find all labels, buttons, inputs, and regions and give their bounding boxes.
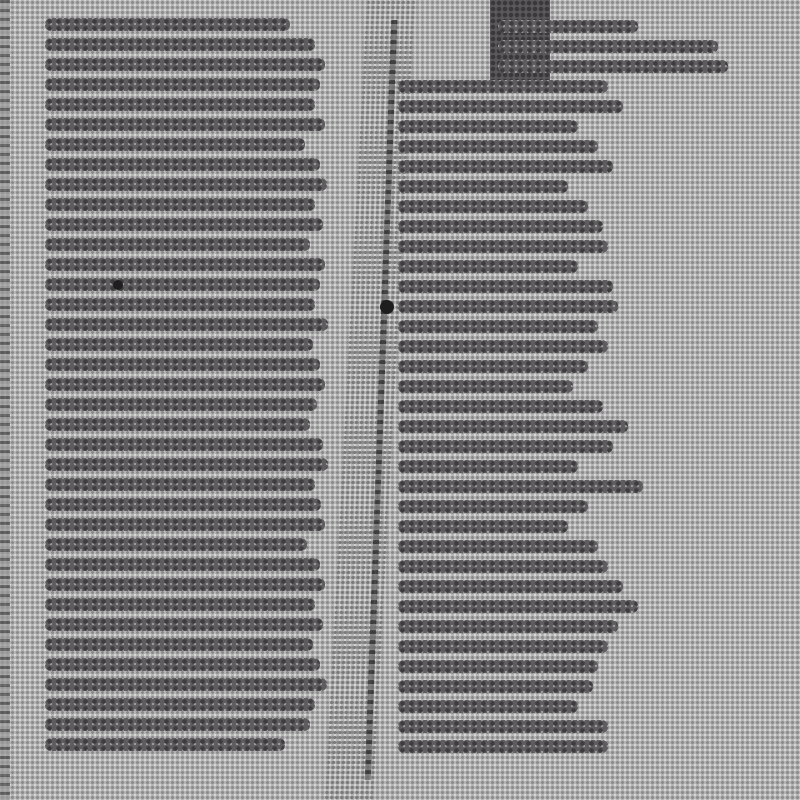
text-line (398, 200, 588, 213)
text-line (398, 420, 628, 433)
text-line (398, 600, 638, 613)
text-line (45, 738, 285, 751)
text-line (398, 240, 608, 253)
text-line (398, 540, 598, 553)
text-line (45, 658, 320, 671)
text-line (45, 18, 290, 31)
text-line (398, 500, 588, 513)
text-line (45, 698, 315, 711)
text-line (398, 520, 568, 533)
text-line (398, 440, 613, 453)
text-line (498, 40, 718, 53)
text-line (398, 680, 593, 693)
text-line (45, 618, 323, 631)
text-line (45, 558, 320, 571)
text-line (398, 560, 608, 573)
text-line (45, 318, 328, 331)
text-line (45, 198, 315, 211)
text-line (45, 218, 323, 231)
text-line (398, 220, 603, 233)
text-line (498, 60, 728, 73)
text-line (45, 238, 310, 251)
text-column-right (398, 0, 638, 760)
text-line (398, 640, 608, 653)
text-line (398, 100, 623, 113)
text-line (45, 118, 325, 131)
text-line (45, 478, 315, 491)
text-line (45, 258, 325, 271)
text-line (398, 400, 603, 413)
text-line (398, 80, 608, 93)
text-line (45, 538, 307, 551)
text-line (45, 578, 325, 591)
text-line (398, 160, 613, 173)
text-line (45, 38, 315, 51)
text-line (45, 338, 313, 351)
text-line (45, 418, 310, 431)
text-line (398, 740, 608, 753)
text-line (45, 438, 323, 451)
text-line (398, 360, 588, 373)
text-line (398, 300, 618, 313)
text-line (398, 120, 578, 133)
text-column-left (45, 0, 330, 758)
text-line (398, 380, 573, 393)
text-line (398, 620, 618, 633)
ink-spot (380, 300, 394, 314)
text-line (398, 180, 568, 193)
text-line (398, 260, 578, 273)
text-line (45, 298, 315, 311)
page-edge (0, 0, 10, 800)
text-line (398, 660, 598, 673)
text-line (398, 140, 598, 153)
text-line (45, 678, 327, 691)
text-line (45, 638, 313, 651)
text-line (45, 78, 320, 91)
text-line (398, 720, 608, 733)
text-line (45, 498, 321, 511)
text-line (45, 178, 327, 191)
text-line (45, 278, 320, 291)
text-line (45, 98, 315, 111)
text-line (398, 580, 623, 593)
text-line (45, 58, 325, 71)
text-line (398, 340, 608, 353)
text-line (45, 718, 310, 731)
text-line (45, 518, 325, 531)
text-line (45, 158, 320, 171)
scanned-document-page (0, 0, 800, 800)
text-line (398, 280, 613, 293)
text-line (398, 480, 643, 493)
text-line (45, 598, 315, 611)
text-line (398, 460, 578, 473)
text-line (45, 398, 317, 411)
text-line (45, 378, 325, 391)
text-line (45, 358, 320, 371)
text-line (45, 458, 328, 471)
text-line (398, 320, 598, 333)
text-line (398, 700, 578, 713)
text-line (498, 20, 638, 33)
ink-spot (113, 280, 123, 290)
text-line (45, 138, 305, 151)
